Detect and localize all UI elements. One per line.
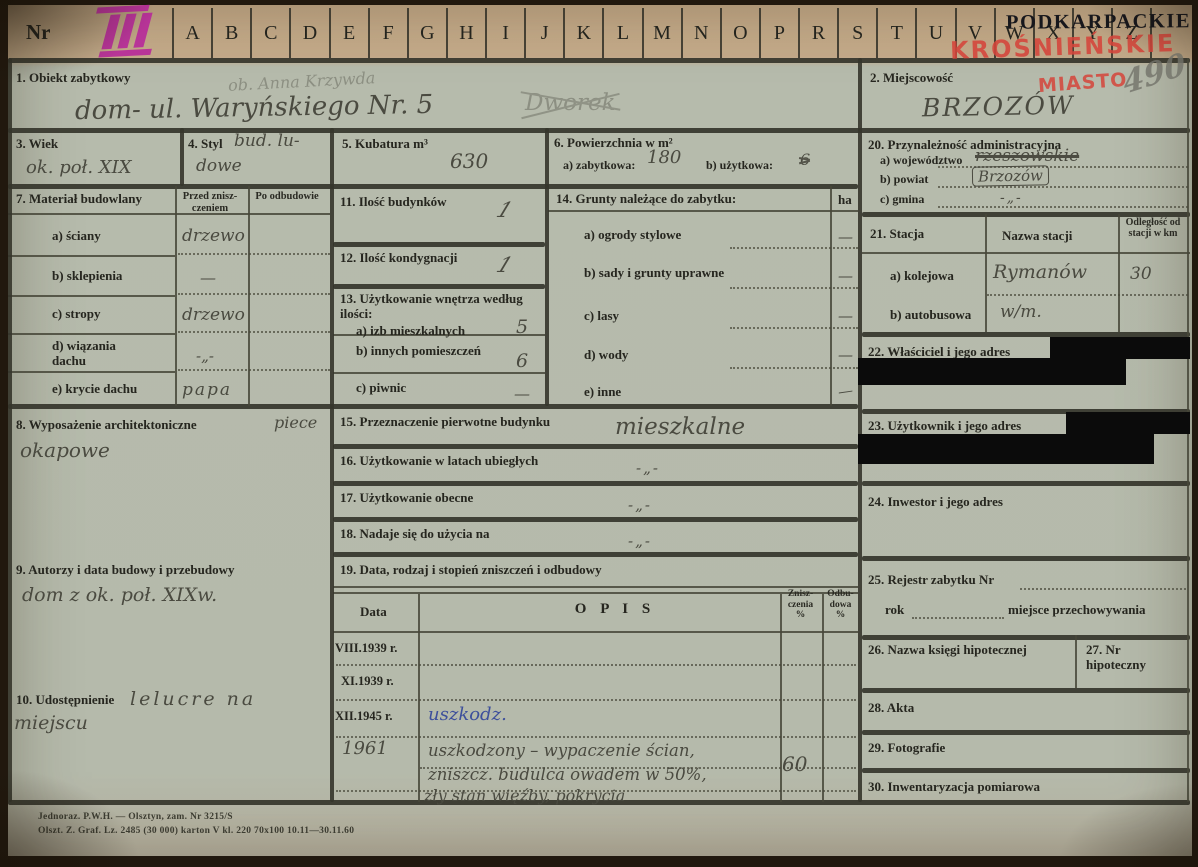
- s14-label: 14. Grunty należące do zabytku:: [556, 191, 821, 206]
- index-letter: D: [289, 8, 328, 58]
- rule-line: [862, 332, 1190, 337]
- s8-value-line1: piece: [274, 413, 317, 432]
- s13-row-label: a) izb mieszkalnych: [356, 323, 465, 338]
- s13-row-value: 6: [516, 350, 528, 372]
- rule-line: [862, 481, 1190, 486]
- s7-row-label: d) wiązania dachu: [52, 338, 147, 369]
- s14-row-value: —: [838, 267, 853, 285]
- rule-line: [180, 128, 184, 186]
- s21-col-distance: Odległość od stacji w km: [1122, 217, 1184, 239]
- rule-line: [336, 736, 856, 738]
- s25-label: 25. Rejestr zabytku Nr: [868, 572, 994, 587]
- s17-label: 17. Użytkowanie obecne: [340, 490, 473, 505]
- rule-line: [730, 287, 858, 289]
- s25-year-label: rok: [885, 602, 904, 617]
- s13-row-label: c) piwnic: [356, 380, 406, 395]
- s5-value: 630: [450, 149, 488, 173]
- s6-b-label: b) użytkowa:: [706, 158, 773, 172]
- rule-line: [330, 128, 334, 802]
- rule-line: [938, 206, 1188, 208]
- s7-row-label: e) krycie dachu: [52, 381, 137, 396]
- s9-label: 9. Autorzy i data budowy i przebudowy: [16, 562, 235, 577]
- footer-print-line2: Olszt. Z. Graf. Lz. 2485 (30 000) karton…: [38, 826, 354, 836]
- s8-label: 8. Wyposażenie architektoniczne: [16, 417, 197, 432]
- rule-line: [8, 58, 12, 802]
- rule-line: [333, 444, 858, 449]
- rule-line: [418, 594, 420, 802]
- rule-line: [862, 730, 1190, 735]
- s20-c-label: c) gmina: [880, 192, 924, 206]
- rule-line: [8, 213, 330, 215]
- rule-line: [730, 247, 858, 249]
- s24-label: 24. Inwestor i jego adres: [868, 494, 1003, 509]
- s13-row-value: 5: [516, 316, 528, 338]
- index-letter: U: [915, 8, 954, 58]
- rule-line: [8, 333, 175, 335]
- rule-line: [8, 404, 858, 409]
- s7-row-value: —: [200, 268, 216, 287]
- s20-a-label: a) województwo: [880, 153, 962, 167]
- s19-row-date: XII.1945 r.: [335, 709, 393, 724]
- s8-value-line2: okapowe: [20, 438, 110, 462]
- rule-line: [548, 210, 858, 212]
- s1-crossed-note: Dworek: [525, 90, 616, 116]
- rule-line: [858, 58, 862, 802]
- rule-line: [336, 664, 856, 666]
- s27-label: 27. Nr hipoteczny: [1086, 642, 1178, 673]
- rule-line: [830, 186, 832, 406]
- s4-value-line2: dowe: [196, 156, 242, 176]
- s14-row-label: d) wody: [584, 347, 628, 362]
- rule-line: [8, 295, 175, 297]
- s7-row-label: c) stropy: [52, 306, 101, 321]
- index-letter: L: [602, 8, 641, 58]
- s13-label: 13. Użytkowanie wnętrza według ilości:: [340, 291, 525, 322]
- s9-value: dom z ok. poł. XIXw.: [22, 584, 217, 606]
- rule-line: [862, 768, 1190, 773]
- s17-value: -„-: [628, 496, 652, 514]
- scanned-document: Nr III A B C D E F G H I J K L M N O P R…: [0, 0, 1198, 867]
- rule-line: [862, 635, 1190, 640]
- s14-row-value: —: [838, 307, 853, 325]
- s14-row-label: e) inne: [584, 384, 621, 399]
- redaction-bar: [858, 358, 1126, 385]
- rule-line: [336, 699, 856, 701]
- s20-c-value: -„-: [1000, 190, 1023, 206]
- rule-line: [545, 128, 549, 406]
- s15-value: mieszkalne: [615, 414, 745, 440]
- rule-line: [8, 371, 175, 373]
- rule-line: [333, 242, 545, 247]
- s30-label: 30. Inwentaryzacja pomiarowa: [868, 779, 1040, 794]
- s21-b-name: w/m.: [1000, 302, 1042, 322]
- rule-line: [730, 367, 858, 369]
- s21-label: 21. Stacja: [870, 226, 924, 241]
- nr-label: Nr: [26, 20, 51, 45]
- s21-col-name: Nazwa stacji: [1002, 228, 1072, 243]
- s12-label: 12. Ilość kondygnacji: [340, 250, 457, 265]
- rule-line: [8, 255, 175, 257]
- index-letter: F: [368, 8, 407, 58]
- s16-value: -„-: [636, 459, 660, 477]
- s25-place-label: miejsce przechowywania: [1008, 602, 1146, 617]
- s19-row-desc: uszkodz.: [428, 704, 507, 725]
- s29-label: 29. Fotografie: [868, 740, 945, 755]
- rule-line: [730, 327, 858, 329]
- s19-label: 19. Data, rodzaj i stopień zniszczeń i o…: [340, 562, 602, 577]
- index-letter: S: [837, 8, 876, 58]
- s7-col-after: Po odbudowie: [250, 191, 324, 203]
- rule-line: [1118, 214, 1120, 332]
- index-letter: T: [876, 8, 915, 58]
- rule-line: [985, 214, 987, 332]
- s7-row-value: papa: [182, 380, 232, 400]
- index-letter: R: [798, 8, 837, 58]
- s7-row-value: drzewo: [182, 226, 245, 246]
- s10-label: 10. Udostępnienie: [16, 692, 114, 707]
- rule-line: [178, 331, 330, 333]
- rule-line: [862, 252, 1190, 254]
- s23-label: 23. Użytkownik i jego adres: [868, 418, 1021, 433]
- s19-row-date: VIII.1939 r.: [335, 641, 397, 656]
- s28-label: 28. Akta: [868, 700, 914, 715]
- rule-line: [333, 552, 858, 557]
- rule-line: [1020, 588, 1186, 590]
- s5-label: 5. Kubatura m³: [342, 136, 428, 151]
- s26-label: 26. Nazwa księgi hipotecznej: [868, 642, 1073, 657]
- rule-line: [862, 556, 1190, 561]
- s19-col-rebuild: Odbu-dowa %: [824, 589, 857, 621]
- s6-b-value: 6: [800, 150, 810, 169]
- s15-label: 15. Przeznaczenie pierwotne budynku: [340, 414, 550, 429]
- s14-row-label: c) lasy: [584, 308, 619, 323]
- s21-a-distance: 30: [1130, 264, 1152, 284]
- s7-col-before: Przed znisz-czeniem: [177, 191, 243, 215]
- s19-row-desc2: zniszcz. budulca owadem w 50%,: [428, 765, 707, 784]
- rule-line: [248, 186, 250, 406]
- roman-numeral-stamp: III: [89, 4, 166, 58]
- rule-line: [8, 128, 1190, 133]
- redaction-bar: [858, 434, 1154, 464]
- s19-col-desc: O P I S: [555, 601, 675, 619]
- s7-row-value: -„-: [196, 347, 214, 365]
- index-letter: J: [524, 8, 563, 58]
- rule-line: [178, 253, 330, 255]
- rule-line: [333, 372, 545, 374]
- s7-row-label: a) ściany: [52, 228, 101, 243]
- s19-row-date: XI.1939 r.: [341, 674, 394, 689]
- index-letter: B: [211, 8, 250, 58]
- s20-b-label: b) powiat: [880, 172, 928, 186]
- rule-line: [987, 294, 1188, 296]
- index-letter: N: [681, 8, 720, 58]
- redaction-bar: [1050, 337, 1190, 359]
- s19-row-destruction: 60: [782, 752, 807, 776]
- index-letter: O: [720, 8, 759, 58]
- s13-row-label: b) innych pomieszczeń: [356, 343, 481, 358]
- s6-a-value: 180: [647, 147, 681, 168]
- rule-line: [333, 284, 545, 289]
- s20-a-value: rzeszowskie: [975, 146, 1079, 166]
- index-letter: M: [642, 8, 681, 58]
- redaction-bar: [1066, 412, 1190, 434]
- footer-print-line1: Jednoraz. P.W.H. — Olsztyn, zam. Nr 3215…: [38, 812, 233, 822]
- index-letter: P: [759, 8, 798, 58]
- s3-value: ok. poł. XIX: [26, 157, 132, 178]
- s19-row-desc3: zły stan więźby, pokrycia: [424, 786, 625, 805]
- rule-line: [1075, 635, 1077, 688]
- s18-value: -„-: [628, 532, 652, 550]
- s20-b-value: Brzozów: [972, 165, 1049, 186]
- s14-row-value: —: [837, 381, 854, 401]
- rule-line: [822, 594, 824, 802]
- s1-label: 1. Obiekt zabytkowy: [16, 70, 130, 85]
- s21-a-name: Rymanów: [993, 261, 1087, 283]
- s14-row-value: —: [838, 228, 853, 246]
- rule-line: [862, 212, 1190, 217]
- rule-line: [175, 186, 177, 406]
- index-letter: H: [446, 8, 485, 58]
- rule-line: [333, 481, 858, 486]
- rule-line: [178, 293, 330, 295]
- s19-col-destruction: Znisz-czenia %: [782, 589, 819, 621]
- s4-label: 4. Styl: [188, 136, 223, 151]
- index-letter: C: [250, 8, 289, 58]
- index-letter: G: [407, 8, 446, 58]
- s16-label: 16. Użytkowanie w latach ubiegłych: [340, 453, 538, 468]
- rule-line: [8, 184, 858, 189]
- s18-label: 18. Nadaje się do użycia na: [340, 526, 490, 541]
- s10-value-line2: miejscu: [14, 712, 88, 734]
- s21-b-label: b) autobusowa: [890, 307, 971, 322]
- s6-a-label: a) zabytkowa:: [563, 158, 635, 172]
- index-letter: K: [563, 8, 602, 58]
- s7-row-value: drzewo: [182, 305, 245, 325]
- s1-value: dom- ul. Waryńskiego Nr. 5: [75, 90, 434, 126]
- rule-line: [862, 688, 1190, 693]
- s19-col-date: Data: [360, 604, 387, 619]
- s14-row-value: —: [838, 346, 853, 364]
- s11-label: 11. Ilość budynków: [340, 194, 447, 209]
- rule-line: [912, 617, 1004, 619]
- s7-label: 7. Materiał budowlany: [16, 191, 146, 206]
- s21-a-label: a) kolejowa: [890, 268, 954, 283]
- s7-row-label: b) sklepienia: [52, 268, 122, 283]
- s3-label: 3. Wiek: [16, 136, 58, 151]
- s2-label: 2. Miejscowość: [870, 70, 953, 85]
- s14-unit: ha: [838, 192, 852, 207]
- s14-row-label: a) ogrody stylowe: [584, 227, 681, 242]
- s14-row-label: b) sady i grunty uprawne: [584, 265, 724, 280]
- s4-value-line1: bud. lu-: [234, 131, 300, 151]
- index-letter: E: [329, 8, 368, 58]
- index-letter: I: [485, 8, 524, 58]
- s13-row-value: —: [514, 384, 530, 403]
- s10-value-line1: lelucre na: [130, 688, 256, 710]
- rule-line: [333, 517, 858, 522]
- s19-row-desc: uszkodzony – wypaczenie ścian,: [428, 741, 695, 760]
- rule-line: [333, 586, 858, 588]
- s19-row-date: 1961: [342, 738, 388, 759]
- index-letter: A: [172, 8, 211, 58]
- rule-line: [178, 369, 330, 371]
